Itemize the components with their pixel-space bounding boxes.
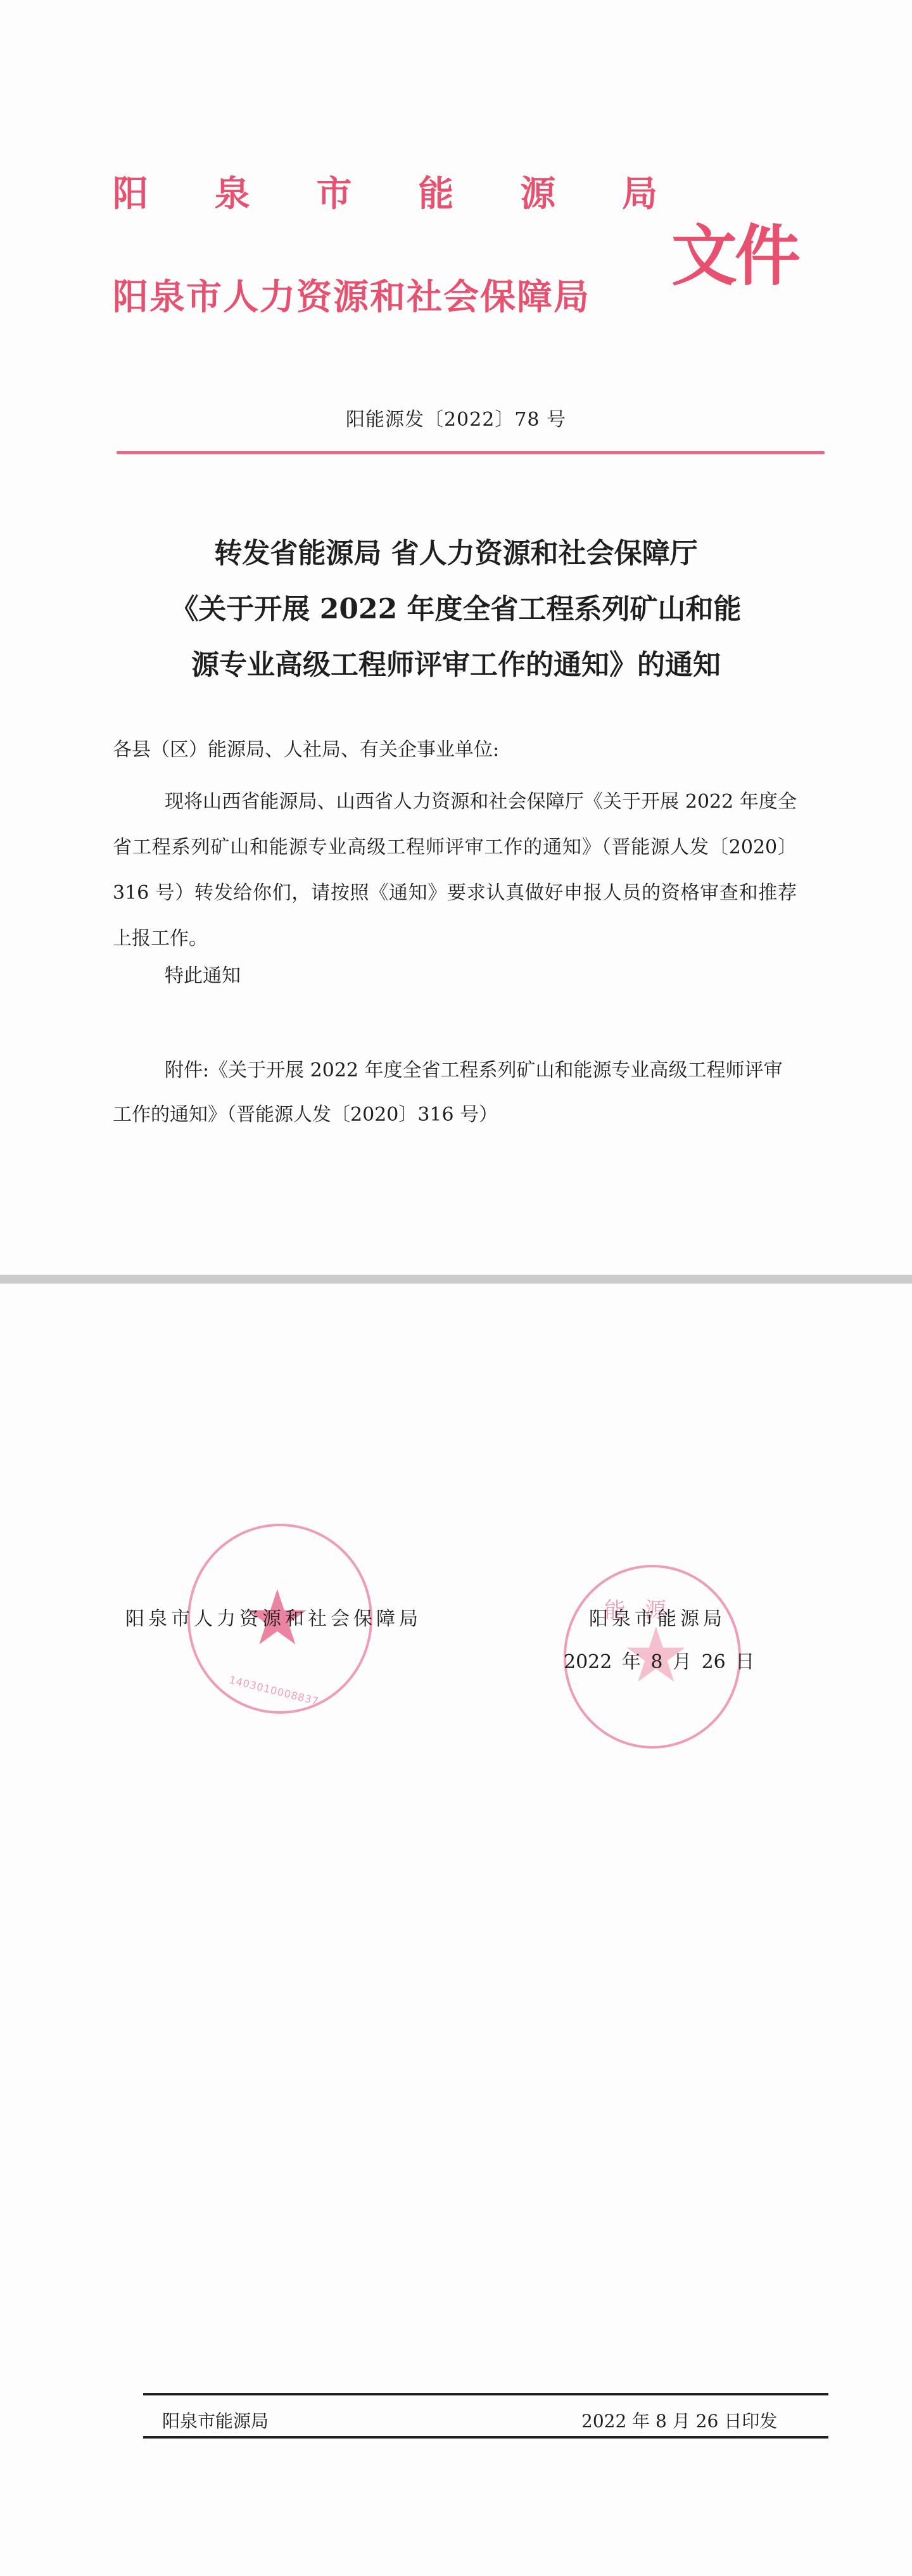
document-number: 阳能源发〔2022〕78 号: [0, 404, 912, 431]
doc-type-label: 文件: [671, 203, 798, 298]
footer-bottom-rule: [143, 2436, 828, 2439]
closing-remark: 特此通知: [165, 960, 241, 988]
signature-energy-bureau: 阳泉市能源局: [589, 1603, 726, 1631]
org-char: 局: [622, 166, 657, 217]
signature-date: 2022 年 8 月 26 日: [564, 1646, 754, 1674]
org-char: 能: [418, 166, 453, 217]
seal-code: 1403010008837: [228, 1674, 320, 1708]
org-char: 泉: [215, 166, 250, 217]
salutation: 各县（区）能源局、人社局、有关企事业单位:: [113, 734, 499, 762]
issuing-org-energy-bureau: 阳 泉 市 能 源 局: [113, 166, 657, 217]
org-char: 源: [520, 166, 555, 217]
title-line: 源专业高级工程师评审工作的通知》的通知: [0, 637, 912, 693]
red-divider: [117, 451, 825, 454]
org-char: 阳: [113, 166, 148, 217]
title-line: 《关于开展 2022 年度全省工程系列矿山和能: [0, 582, 912, 637]
title-line: 转发省能源局 省人力资源和社会保障厅: [0, 526, 912, 582]
document-title: 转发省能源局 省人力资源和社会保障厅 《关于开展 2022 年度全省工程系列矿山…: [0, 526, 912, 693]
attachment-note: 附件:《关于开展 2022 年度全省工程系列矿山和能源专业高级工程师评审工作的通…: [113, 1049, 797, 1137]
footer-top-rule: [143, 2393, 828, 2395]
issuing-org-hr-bureau: 阳泉市人力资源和社会保障局: [113, 269, 590, 320]
body-paragraph: 现将山西省能源局、山西省人力资源和社会保障厅《关于开展 2022 年度全省工程系…: [113, 779, 797, 962]
signature-hr-bureau: 阳泉市人力资源和社会保障局: [125, 1603, 422, 1631]
footer-issuer: 阳泉市能源局: [162, 2407, 269, 2433]
page-separator: [0, 1275, 912, 1284]
footer-print-date: 2022 年 8 月 26 日印发: [581, 2407, 777, 2433]
org-char: 市: [317, 166, 352, 217]
